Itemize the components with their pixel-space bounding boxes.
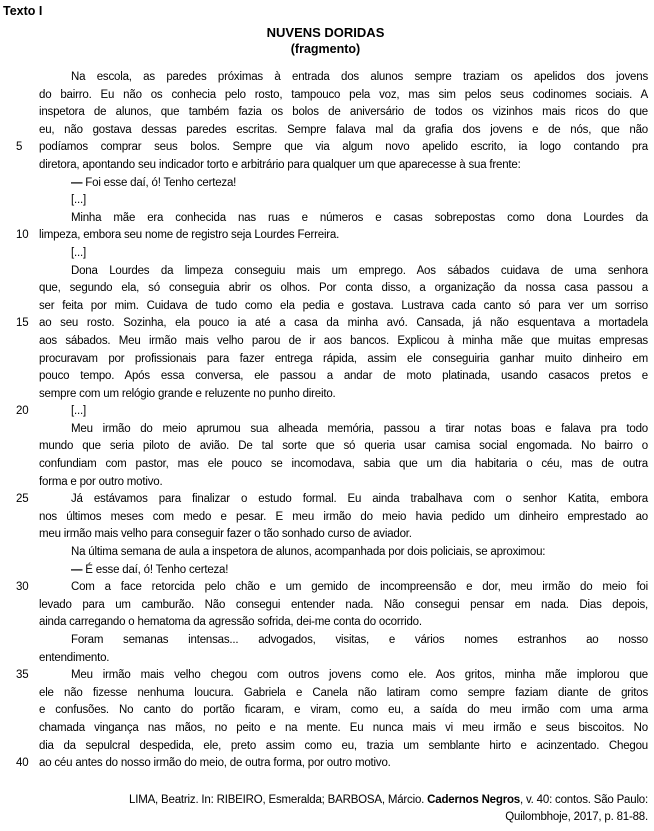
line-text: Minha mãe era conhecida nas ruas e númer… xyxy=(39,210,648,228)
text-line: 40ao céu antes do nosso irmão do meio, d… xyxy=(3,755,648,773)
line-number xyxy=(3,720,39,738)
line-text: Meu irmão do meio aprumou sua alheada me… xyxy=(39,421,648,439)
line-text: ainda carregando o hematoma da agressão … xyxy=(39,614,648,632)
line-text: meu irmão mais velho para conseguir faze… xyxy=(39,526,648,544)
line-number xyxy=(3,614,39,632)
line-text: diretora, apontando seu indicador torto … xyxy=(39,157,648,175)
text-line: que, segundo ela, só conseguia abrir os … xyxy=(3,280,648,298)
text-line: mundo que seria piloto de avião. De tal … xyxy=(3,438,648,456)
line-text: — É esse daí, ó! Tenho certeza! xyxy=(39,562,648,580)
line-text: Dona Lourdes da limpeza conseguiu mais u… xyxy=(39,263,648,281)
text-line: confundiam com pastor, mas ele pouco se … xyxy=(3,456,648,474)
text-line: 25Já estávamos para finalizar o estudo f… xyxy=(3,491,648,509)
line-text: forma e por outro motivo. xyxy=(39,474,648,492)
line-number xyxy=(3,421,39,439)
line-text: que, segundo ela, só conseguia abrir os … xyxy=(39,280,648,298)
text-body: Na escola, as paredes próximas à entrada… xyxy=(3,69,648,773)
line-number: 25 xyxy=(3,491,39,509)
line-text: Meu irmão mais velho chegou com outros j… xyxy=(39,667,648,685)
dialogue-dash: — xyxy=(71,177,82,189)
text-line: diretora, apontando seu indicador torto … xyxy=(3,157,648,175)
line-text: inspetora de alunos, que também fazia os… xyxy=(39,104,648,122)
text-line: sempre com um relógio grande e reluzente… xyxy=(3,386,648,404)
text-line: meu irmão mais velho para conseguir faze… xyxy=(3,526,648,544)
line-text: [...] xyxy=(39,245,648,263)
line-text: — Foi esse daí, ó! Tenho certeza! xyxy=(39,175,648,193)
line-number: 5 xyxy=(3,139,39,157)
text-subtitle: (fragmento) xyxy=(3,42,648,57)
line-number xyxy=(3,192,39,210)
text-line: Minha mãe era conhecida nas ruas e númer… xyxy=(3,210,648,228)
line-number xyxy=(3,597,39,615)
text-line: Na última semana de aula a inspetora de … xyxy=(3,544,648,562)
line-text: ele não fizesse nenhuma loucura. Gabriel… xyxy=(39,685,648,703)
line-number xyxy=(3,632,39,650)
text-title: NUVENS DORIDAS xyxy=(3,25,648,41)
line-number xyxy=(3,386,39,404)
line-number xyxy=(3,456,39,474)
line-number xyxy=(3,263,39,281)
line-text: ser feita por mim. Cuidava de tudo como … xyxy=(39,298,648,316)
text-line: pouco tempo. Após essa conversa, ele pas… xyxy=(3,368,648,386)
line-text: sempre com um relógio grande e reluzente… xyxy=(39,386,648,404)
line-text: ao céu antes do nosso irmão do meio, de … xyxy=(39,755,648,773)
line-number xyxy=(3,650,39,668)
line-text: Na última semana de aula a inspetora de … xyxy=(39,544,648,562)
line-number: 20 xyxy=(3,403,39,421)
text-line: [...] xyxy=(3,245,648,263)
line-number xyxy=(3,87,39,105)
line-text: dia da sepulcral despedida, ele, preto a… xyxy=(39,738,648,756)
text-line: ele não fizesse nenhuma loucura. Gabriel… xyxy=(3,685,648,703)
line-number xyxy=(3,438,39,456)
line-text: entendimento. xyxy=(39,650,648,668)
line-number xyxy=(3,245,39,263)
line-text: ao seu rosto. Sozinha, ela pouco ia até … xyxy=(39,315,648,333)
text-label: Texto I xyxy=(3,4,648,19)
line-number xyxy=(3,69,39,87)
line-number xyxy=(3,351,39,369)
citation-bold-title: Cadernos Negros xyxy=(427,794,520,806)
line-number xyxy=(3,368,39,386)
text-line: aos sábados. Meu irmão mais velho parou … xyxy=(3,333,648,351)
line-text: levado para um camburão. Não consegui en… xyxy=(39,597,648,615)
dialogue-dash: — xyxy=(71,564,82,576)
text-line: e confusões. No canto do portão ficaram,… xyxy=(3,702,648,720)
text-line: do bairro. Eu não os conhecia pelo rosto… xyxy=(3,87,648,105)
line-text: Na escola, as paredes próximas à entrada… xyxy=(39,69,648,87)
text-line: procuravam por profissionais para fazer … xyxy=(3,351,648,369)
text-line: eu, não gostava dessas paredes escritas.… xyxy=(3,122,648,140)
line-text: Já estávamos para finalizar o estudo for… xyxy=(39,491,648,509)
line-number xyxy=(3,333,39,351)
text-line: [...] xyxy=(3,192,648,210)
line-number xyxy=(3,280,39,298)
line-text: confundiam com pastor, mas ele pouco se … xyxy=(39,456,648,474)
line-number xyxy=(3,175,39,193)
text-line: inspetora de alunos, que também fazia os… xyxy=(3,104,648,122)
text-line: 5podíamos comprar seus bolos. Sempre que… xyxy=(3,139,648,157)
text-line: levado para um camburão. Não consegui en… xyxy=(3,597,648,615)
text-line: ser feita por mim. Cuidava de tudo como … xyxy=(3,298,648,316)
line-text: aos sábados. Meu irmão mais velho parou … xyxy=(39,333,648,351)
line-number xyxy=(3,685,39,703)
line-number: 10 xyxy=(3,227,39,245)
line-number xyxy=(3,298,39,316)
line-number xyxy=(3,544,39,562)
text-line: chamada vingança nas mãos, no peito e na… xyxy=(3,720,648,738)
text-line: — Foi esse daí, ó! Tenho certeza! xyxy=(3,175,648,193)
line-text: eu, não gostava dessas paredes escritas.… xyxy=(39,122,648,140)
text-line: entendimento. xyxy=(3,650,648,668)
document-page: Texto I NUVENS DORIDAS (fragmento) Na es… xyxy=(0,0,654,831)
line-number: 30 xyxy=(3,579,39,597)
line-text: limpeza, embora seu nome de registro sej… xyxy=(39,227,648,245)
text-line: Na escola, as paredes próximas à entrada… xyxy=(3,69,648,87)
citation-before-bold: LIMA, Beatriz. In: RIBEIRO, Esmeralda; B… xyxy=(129,794,427,806)
line-text: nos últimos meses com medo e pesar. E me… xyxy=(39,509,648,527)
text-line: Dona Lourdes da limpeza conseguiu mais u… xyxy=(3,263,648,281)
text-line: dia da sepulcral despedida, ele, preto a… xyxy=(3,738,648,756)
line-number: 15 xyxy=(3,315,39,333)
citation: LIMA, Beatriz. In: RIBEIRO, Esmeralda; B… xyxy=(68,792,648,826)
line-text: Com a face retorcida pelo chão e um gemi… xyxy=(39,579,648,597)
line-number xyxy=(3,562,39,580)
text-line: 35Meu irmão mais velho chegou com outros… xyxy=(3,667,648,685)
line-number xyxy=(3,474,39,492)
text-line: 20[...] xyxy=(3,403,648,421)
line-number xyxy=(3,122,39,140)
text-line: 10limpeza, embora seu nome de registro s… xyxy=(3,227,648,245)
line-number xyxy=(3,702,39,720)
line-text: chamada vingança nas mãos, no peito e na… xyxy=(39,720,648,738)
line-number xyxy=(3,210,39,228)
citation-after-bold: , v. 40: contos. São Paulo: Quilombhoje,… xyxy=(505,794,648,823)
line-text: do bairro. Eu não os conhecia pelo rosto… xyxy=(39,87,648,105)
line-number xyxy=(3,509,39,527)
line-number: 40 xyxy=(3,755,39,773)
line-number: 35 xyxy=(3,667,39,685)
line-text: mundo que seria piloto de avião. De tal … xyxy=(39,438,648,456)
line-text: [...] xyxy=(39,403,648,421)
text-line: forma e por outro motivo. xyxy=(3,474,648,492)
text-line: 30Com a face retorcida pelo chão e um ge… xyxy=(3,579,648,597)
line-text: pouco tempo. Após essa conversa, ele pas… xyxy=(39,368,648,386)
line-number xyxy=(3,526,39,544)
line-number xyxy=(3,738,39,756)
text-line: Meu irmão do meio aprumou sua alheada me… xyxy=(3,421,648,439)
line-text: podíamos comprar seus bolos. Sempre que … xyxy=(39,139,648,157)
line-number xyxy=(3,104,39,122)
text-line: nos últimos meses com medo e pesar. E me… xyxy=(3,509,648,527)
line-text: procuravam por profissionais para fazer … xyxy=(39,351,648,369)
line-text: e confusões. No canto do portão ficaram,… xyxy=(39,702,648,720)
line-text: Foram semanas intensas... advogados, vis… xyxy=(39,632,648,650)
text-line: — É esse daí, ó! Tenho certeza! xyxy=(3,562,648,580)
text-line: ainda carregando o hematoma da agressão … xyxy=(3,614,648,632)
text-line: Foram semanas intensas... advogados, vis… xyxy=(3,632,648,650)
line-text: [...] xyxy=(39,192,648,210)
text-line: 15ao seu rosto. Sozinha, ela pouco ia at… xyxy=(3,315,648,333)
line-number xyxy=(3,157,39,175)
